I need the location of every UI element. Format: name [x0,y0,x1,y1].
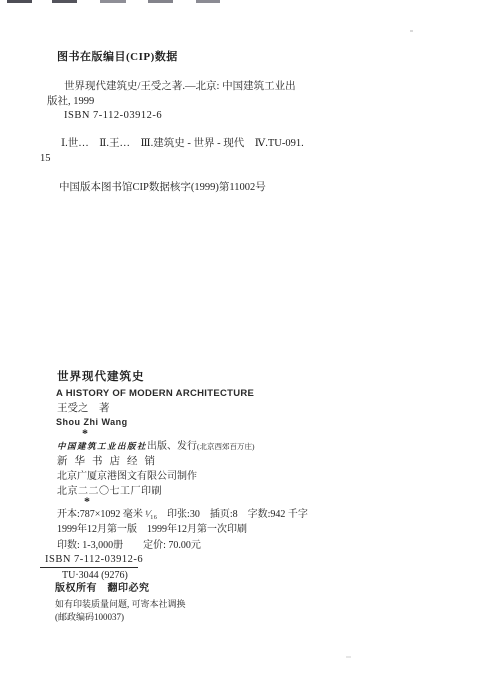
book-title-en: A HISTORY OF MODERN ARCHITECTURE [56,389,254,400]
scan-artifact-dash [196,0,220,3]
cip-heading: 图书在版编目(CIP)数据 [57,51,178,64]
scan-artifact-dash [100,0,126,3]
scan-artifact-speck [346,656,351,658]
cip-entry-line1: 世界现代建筑史/王受之著.—北京: 中国建筑工业出 [64,81,296,93]
scan-artifact-dash [148,0,173,3]
copyright-notice: 版权所有 翻印必究 [55,583,150,595]
book-title-cn: 世界现代建筑史 [57,371,145,384]
print-run-price-line: 印数: 1-3,000册 定价: 70.00元 [57,540,201,552]
distributor-line: 新华书店经销 [57,456,162,468]
separator-asterisk: * [82,427,88,441]
edition-line: 1999年12月第一版 1999年12月第一次印刷 [57,524,247,536]
author-name-en: Shou Zhi Wang [56,417,128,427]
producer-line: 北京广厦京港图文有限公司制作 [57,471,197,483]
isbn-line: ISBN 7-112-03912-6 [45,554,143,566]
book-number-line: TU·3044 (9276) [62,570,128,582]
cip-classification-line1: Ⅰ.世… Ⅱ.王… Ⅲ.建筑史 - 世界 - 现代 Ⅳ.TU-091. [61,138,304,150]
publisher-role-text: 出版、发行 [147,441,197,452]
quality-note: 如有印装质量问题, 可寄本社调换 [55,599,186,609]
cip-entry-line2: 版社, 1999 [47,96,94,108]
cip-classification-line2: 15 [40,153,51,165]
cip-isbn: ISBN 7-112-03912-6 [64,110,162,122]
printer-line: 北京二二〇七工厂印刷 [57,486,162,498]
publisher-line: 中国建筑工业出版社出版、发行(北京西郊百万庄) [57,441,255,453]
publisher-address-text: (北京西郊百万庄) [197,442,255,451]
publisher-logo-text: 中国建筑工业出版社 [57,441,147,451]
postal-code-note: (邮政编码100037) [55,612,124,622]
book-colophon-page: 图书在版编目(CIP)数据 世界现代建筑史/王受之著.—北京: 中国建筑工业出 … [0,0,487,682]
separator-asterisk: * [84,495,90,509]
format-spec-line: 开本:787×1092 毫米 ¹⁄₁₆ 印张:30 插页:8 字数:942 千字 [57,509,308,521]
scan-artifact-dash [7,0,32,3]
cip-record-number: 中国版本图书馆CIP数据核字(1999)第11002号 [59,182,266,194]
scan-artifact-dash [52,0,77,3]
isbn-book-number-divider [40,567,138,568]
scan-artifact-speck [410,30,413,32]
author-name-cn: 王受之 著 [57,403,110,415]
